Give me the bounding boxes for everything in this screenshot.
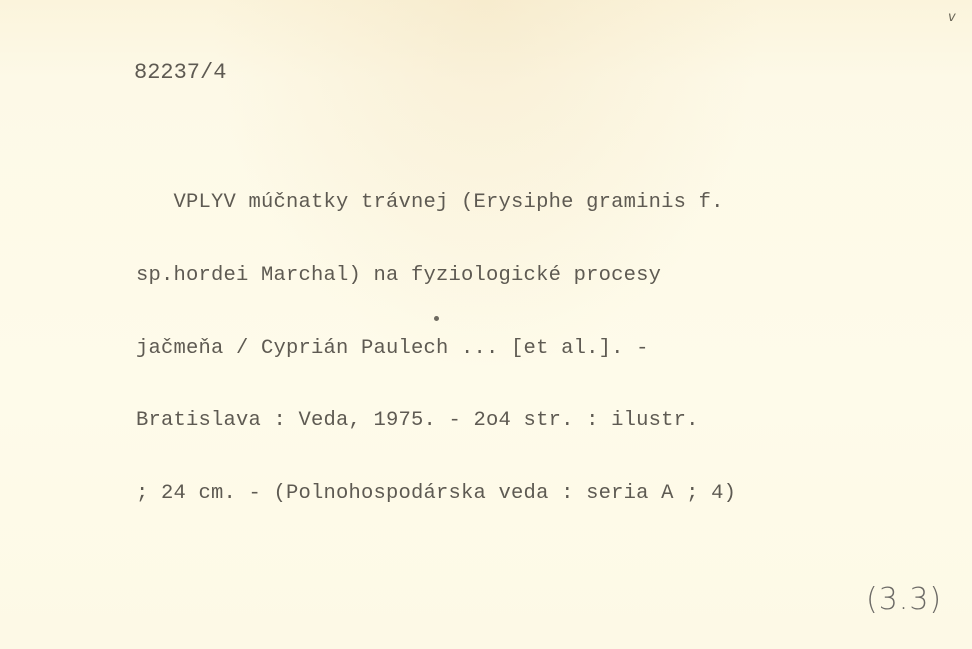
entry-line-author: jačmeňa / Cyprián Paulech ... [et al.]. … xyxy=(136,337,736,361)
check-mark: v xyxy=(948,10,956,25)
entry-line-title: VPLYV múčnatky trávnej (Erysiphe gramini… xyxy=(136,191,736,215)
handwritten-note: (3.3) xyxy=(866,582,942,617)
call-number: 82237/4 xyxy=(134,60,226,85)
bibliographic-entry: VPLYV múčnatky trávnej (Erysiphe gramini… xyxy=(136,143,736,554)
entry-line-publication: Bratislava : Veda, 1975. - 2o4 str. : il… xyxy=(136,409,736,433)
ink-dot xyxy=(434,316,439,321)
entry-line-series: ; 24 cm. - (Polnohospodárska veda : seri… xyxy=(136,482,736,506)
catalog-card: v 82237/4 VPLYV múčnatky trávnej (Erysip… xyxy=(0,0,972,649)
entry-line-subtitle: sp.hordei Marchal) na fyziologické proce… xyxy=(136,264,736,288)
